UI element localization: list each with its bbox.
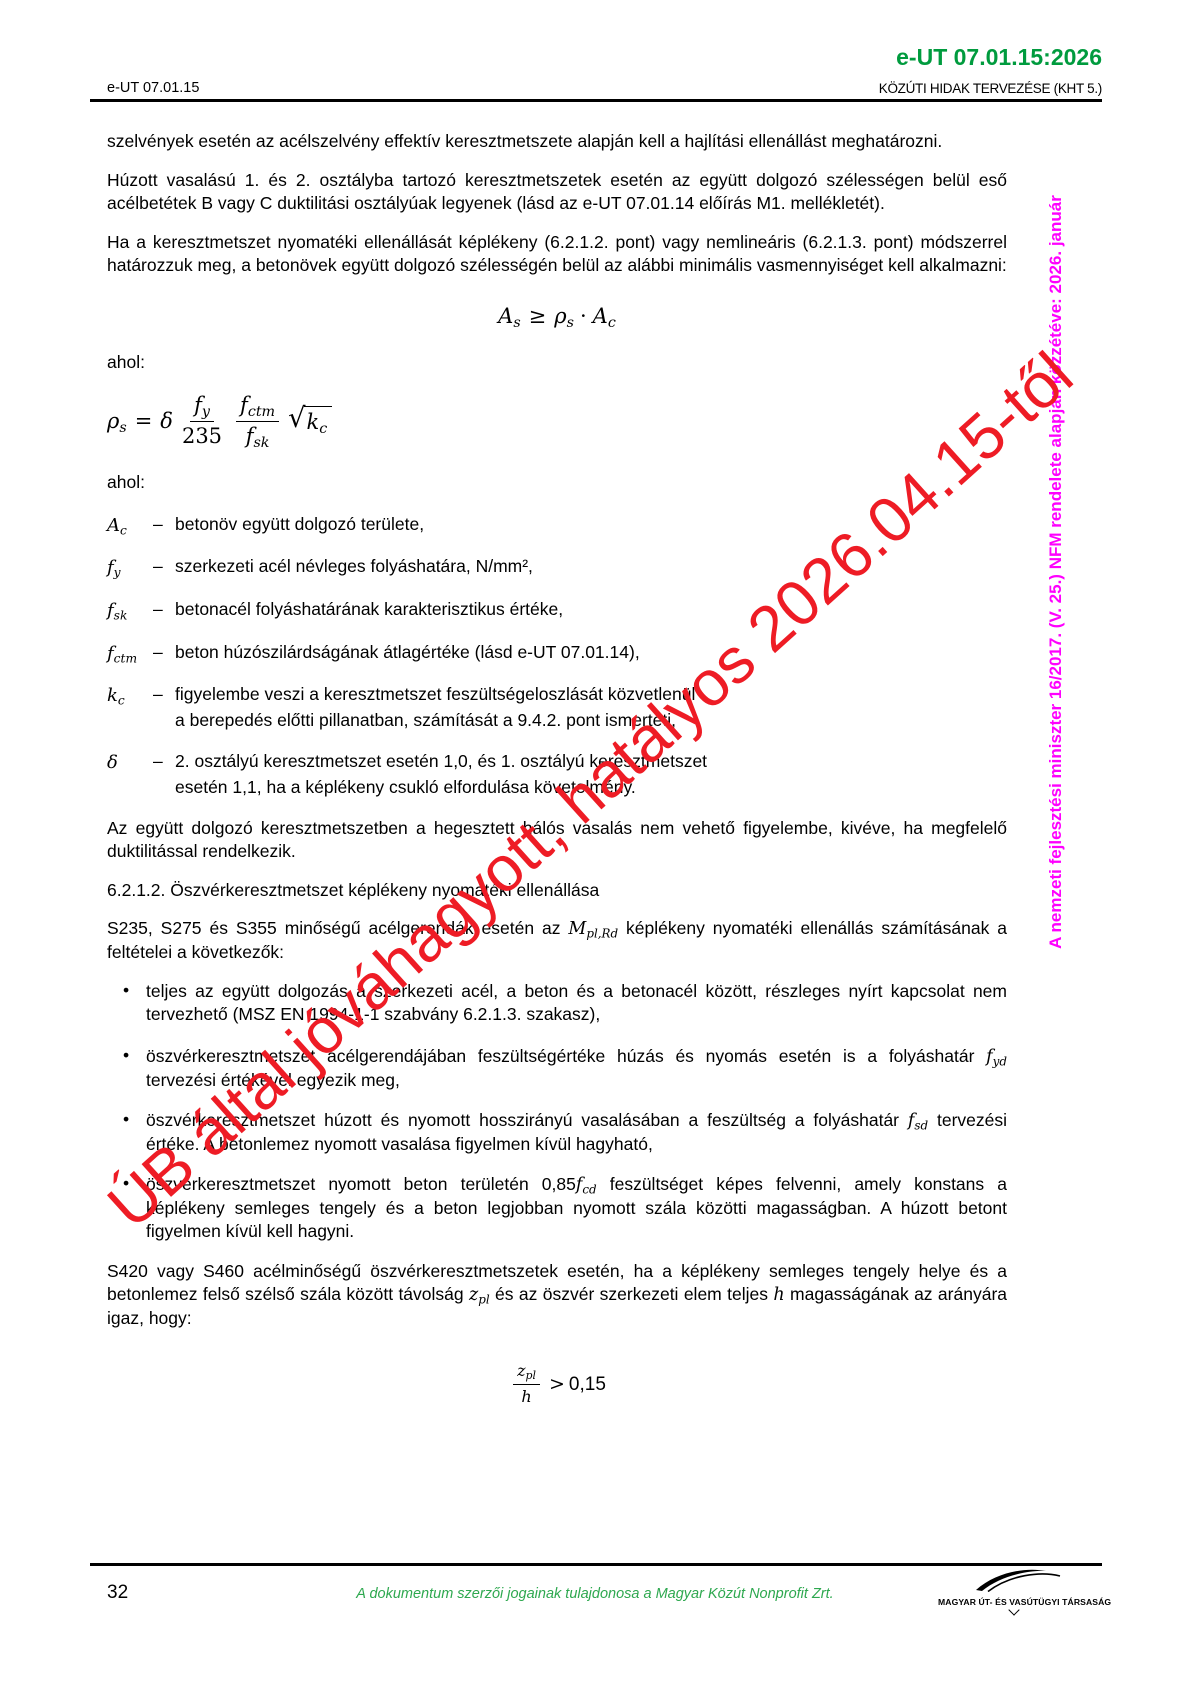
formula-zpl-ratio: zpl h > 0,15 bbox=[107, 1360, 1007, 1407]
math-subscript: sd bbox=[914, 1118, 928, 1132]
bullet-marker: • bbox=[123, 1108, 129, 1131]
math-symbol: f bbox=[240, 393, 248, 417]
definition-text: figyelembe veszi a keresztmetszet feszül… bbox=[175, 682, 1007, 734]
math-symbol: δ bbox=[160, 408, 173, 436]
body-paragraph-s420: S420 vagy S460 acélminőségű öszvérkeresz… bbox=[107, 1260, 1007, 1330]
math-symbol: h bbox=[773, 1285, 784, 1305]
math-subscript: s bbox=[513, 315, 520, 331]
definition-dash: – bbox=[153, 597, 175, 625]
bullet-item-4: •öszvérkeresztmetszet nyomott beton terü… bbox=[121, 1173, 1007, 1243]
math-subscript: c bbox=[608, 315, 616, 331]
footer-copyright: A dokumentum szerzői jogainak tulajdonos… bbox=[356, 1586, 833, 1602]
definition-dash: – bbox=[153, 749, 175, 801]
math-sqrt: √ kc bbox=[288, 406, 332, 437]
math-symbol: k bbox=[107, 685, 118, 706]
math-symbol: A bbox=[107, 515, 120, 536]
math-subscript: ctm bbox=[248, 404, 275, 420]
math-subscript: pl,Rd bbox=[586, 926, 618, 940]
definition-symbol: fy bbox=[107, 554, 153, 582]
math-subscript: c bbox=[319, 421, 327, 437]
definition-dash: – bbox=[153, 512, 175, 540]
definition-row: kc – figyelembe veszi a keresztmetszet f… bbox=[107, 682, 1007, 734]
definition-dash: – bbox=[153, 682, 175, 734]
math-symbol: z bbox=[469, 1285, 478, 1305]
organization-logo: MAGYAR ÚT- ÉS VASÚTÜGYI TÁRSASÁG bbox=[938, 1566, 1090, 1614]
page-number: 32 bbox=[107, 1582, 128, 1604]
math-symbol: ρ bbox=[107, 409, 119, 433]
math-symbol: f bbox=[107, 557, 114, 578]
math-subscript: y bbox=[202, 404, 210, 420]
math-symbol: f bbox=[107, 600, 114, 621]
math-operator: ≥ bbox=[529, 303, 547, 331]
math-subscript: c bbox=[118, 694, 125, 708]
math-fraction: fctm fsk bbox=[236, 392, 279, 450]
math-symbol: k bbox=[306, 410, 319, 434]
bullet-item-1: •teljes az együtt dolgozás a szerkezeti … bbox=[121, 980, 1007, 1027]
definition-dash: – bbox=[153, 640, 175, 668]
side-publication-watermark: A nemzeti fejlesztési miniszter 16/2017.… bbox=[1046, 195, 1066, 949]
body-paragraph-3: Ha a keresztmetszet nyomatéki ellenállás… bbox=[107, 231, 1007, 277]
body-paragraph-1: szelvények esetén az acélszelvény effekt… bbox=[107, 130, 1007, 153]
math-operator: · bbox=[580, 303, 587, 331]
bullet-marker: • bbox=[123, 979, 129, 1002]
math-symbol: z bbox=[517, 1361, 525, 1380]
math-subscript: pl bbox=[478, 1293, 489, 1307]
definition-dash: – bbox=[153, 554, 175, 582]
bullet-marker: • bbox=[123, 1044, 129, 1067]
definition-symbol: kc bbox=[107, 682, 153, 734]
math-symbol: A bbox=[593, 304, 608, 328]
math-subscript: yd bbox=[993, 1054, 1007, 1068]
definition-symbol: δ bbox=[107, 749, 153, 801]
formula-min-reinforcement: As ≥ ρs · Ac bbox=[107, 303, 1007, 331]
math-number: 235 bbox=[178, 422, 226, 451]
radical-sign: √ bbox=[288, 406, 305, 432]
definition-symbol: Ac bbox=[107, 512, 153, 540]
math-symbol: A bbox=[498, 304, 513, 328]
math-symbol: f bbox=[194, 393, 202, 417]
header-doc-title-right: KÖZÚTI HIDAK TERVEZÉSE (KHT 5.) bbox=[879, 81, 1102, 96]
paragraph-text: és az öszvér szerkezeti elem teljes bbox=[490, 1284, 774, 1304]
math-symbol: M bbox=[568, 919, 586, 939]
road-swoosh-icon bbox=[954, 1566, 1074, 1592]
header-rule bbox=[90, 99, 1102, 102]
definition-row: fsk – betonacél folyáshatárának karakter… bbox=[107, 597, 1007, 625]
math-symbol: h bbox=[521, 1387, 531, 1406]
math-subscript: c bbox=[120, 523, 127, 537]
math-subscript: y bbox=[114, 566, 121, 580]
where-label: ahol: bbox=[107, 351, 1007, 374]
document-page: e-UT 07.01.15:2026 e-UT 07.01.15 KÖZÚTI … bbox=[0, 0, 1190, 1684]
doc-code-header: e-UT 07.01.15:2026 bbox=[896, 44, 1102, 71]
definition-symbol: fctm bbox=[107, 640, 153, 668]
definition-symbol: fsk bbox=[107, 597, 153, 625]
body-paragraph-s235: S235, S275 és S355 minőségű acélgerendák… bbox=[107, 917, 1007, 964]
math-subscript: sk bbox=[253, 435, 269, 451]
definition-text: beton húzószilárdságának átlagértéke (lá… bbox=[175, 640, 1007, 668]
math-fraction: fy 235 bbox=[178, 392, 226, 450]
math-subscript: cd bbox=[582, 1182, 596, 1196]
math-subscript: s bbox=[567, 315, 574, 331]
formula-rho-s: ρs = δ fy 235 fctm fsk √ kc bbox=[107, 392, 1007, 450]
header-doc-code-left: e-UT 07.01.15 bbox=[107, 80, 199, 96]
body-paragraph-2: Húzott vasalású 1. és 2. osztályba tarto… bbox=[107, 169, 1007, 215]
math-subscript: pl bbox=[526, 1370, 536, 1383]
math-operator: = bbox=[135, 408, 153, 436]
math-number: 0,15 bbox=[569, 1372, 606, 1397]
math-subscript: sk bbox=[114, 608, 128, 622]
math-symbol: δ bbox=[107, 752, 118, 773]
math-subscript: ctm bbox=[114, 651, 137, 665]
math-fraction: zpl h bbox=[513, 1360, 540, 1407]
definition-text: betonacél folyáshatárának karakterisztik… bbox=[175, 597, 1007, 625]
section-heading-6-2-1-2: 6.2.1.2. Öszvérkeresztmetszet képlékeny … bbox=[107, 879, 1007, 902]
math-symbol: ρ bbox=[554, 304, 566, 328]
math-subscript: s bbox=[119, 420, 126, 436]
math-symbol: f bbox=[107, 643, 114, 664]
math-operator: > bbox=[549, 1372, 565, 1397]
bullet-text: teljes az együtt dolgozás a szerkezeti a… bbox=[146, 981, 1007, 1024]
definition-row: fctm – beton húzószilárdságának átlagért… bbox=[107, 640, 1007, 668]
